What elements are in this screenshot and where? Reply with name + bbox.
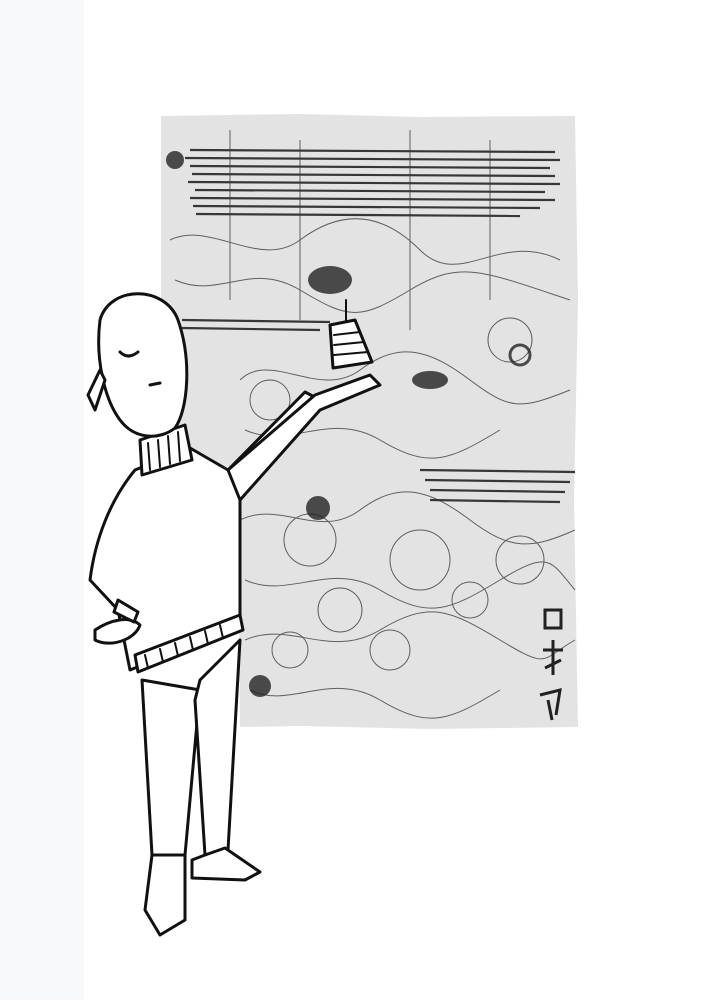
illustration [0, 0, 714, 1000]
